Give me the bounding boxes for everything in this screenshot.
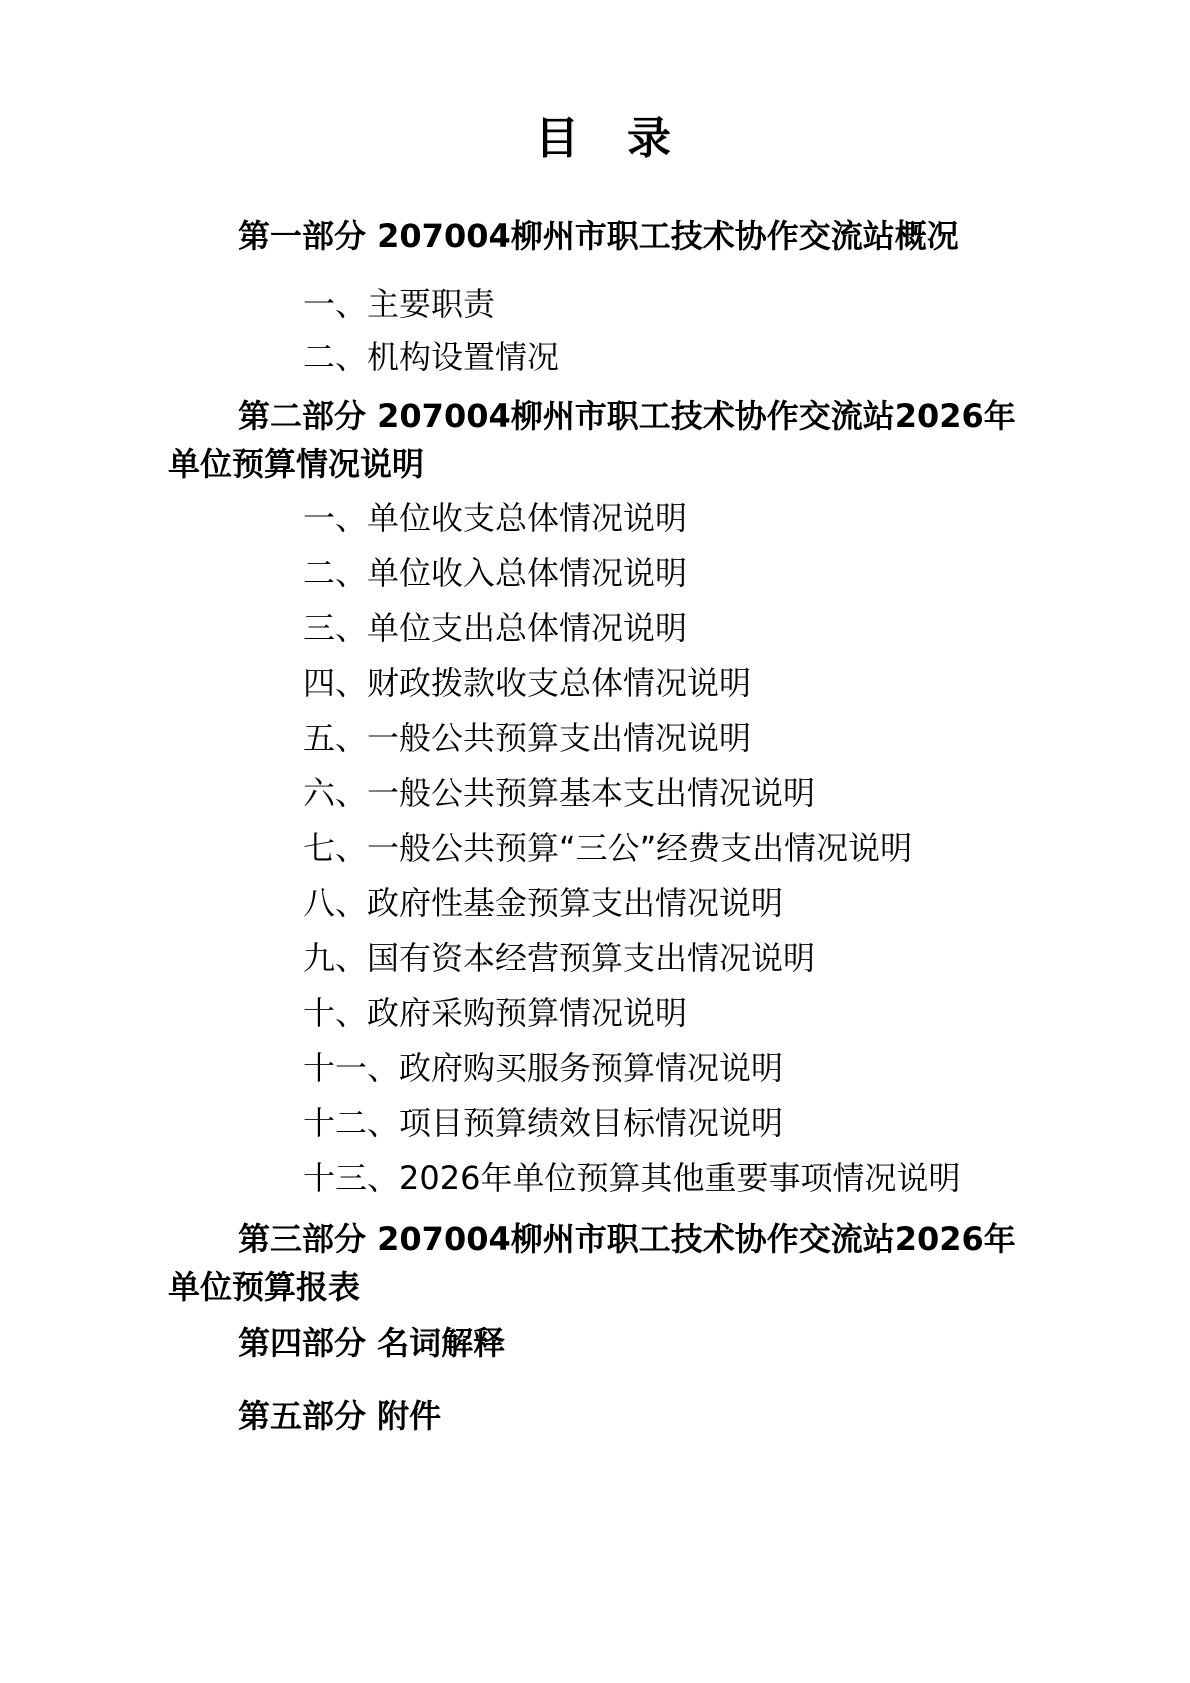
toc-item: 八、政府性基金预算支出情况说明 <box>303 879 1040 927</box>
part-1-items: 一、主要职责二、机构设置情况 <box>168 280 1040 381</box>
toc-item: 十三、2026年单位预算其他重要事项情况说明 <box>303 1154 1040 1202</box>
part-2-items: 一、单位收支总体情况说明二、单位收入总体情况说明三、单位支出总体情况说明四、财政… <box>168 494 1040 1202</box>
toc-body: 第一部分 207004柳州市职工技术协作交流站概况一、主要职责二、机构设置情况第… <box>168 212 1040 1440</box>
toc-item: 五、一般公共预算支出情况说明 <box>303 714 1040 762</box>
toc-page: 目 录 第一部分 207004柳州市职工技术协作交流站概况一、主要职责二、机构设… <box>0 0 1190 1683</box>
toc-item: 四、财政拨款收支总体情况说明 <box>303 659 1040 707</box>
toc-item: 七、一般公共预算“三公”经费支出情况说明 <box>303 824 1040 872</box>
toc-item: 十二、项目预算绩效目标情况说明 <box>303 1099 1040 1147</box>
toc-item: 九、国有资本经营预算支出情况说明 <box>303 934 1040 982</box>
toc-item: 六、一般公共预算基本支出情况说明 <box>303 769 1040 817</box>
toc-item: 十一、政府购买服务预算情况说明 <box>303 1044 1040 1092</box>
part-4-heading: 第四部分 名词解释 <box>168 1319 1040 1367</box>
part-5-heading: 第五部分 附件 <box>168 1392 1040 1440</box>
toc-item: 一、主要职责 <box>303 280 1040 328</box>
toc-item: 一、单位收支总体情况说明 <box>303 494 1040 542</box>
toc-item: 二、单位收入总体情况说明 <box>303 549 1040 597</box>
part-3-heading: 第三部分 207004柳州市职工技术协作交流站2026年单位预算报表 <box>168 1215 1040 1311</box>
part-2-heading: 第二部分 207004柳州市职工技术协作交流站2026年单位预算情况说明 <box>168 392 1040 488</box>
part-1-heading: 第一部分 207004柳州市职工技术协作交流站概况 <box>168 212 1040 260</box>
toc-item: 二、机构设置情况 <box>303 333 1040 381</box>
toc-item: 三、单位支出总体情况说明 <box>303 604 1040 652</box>
page-title: 目 录 <box>168 112 1040 166</box>
toc-item: 十、政府采购预算情况说明 <box>303 989 1040 1037</box>
